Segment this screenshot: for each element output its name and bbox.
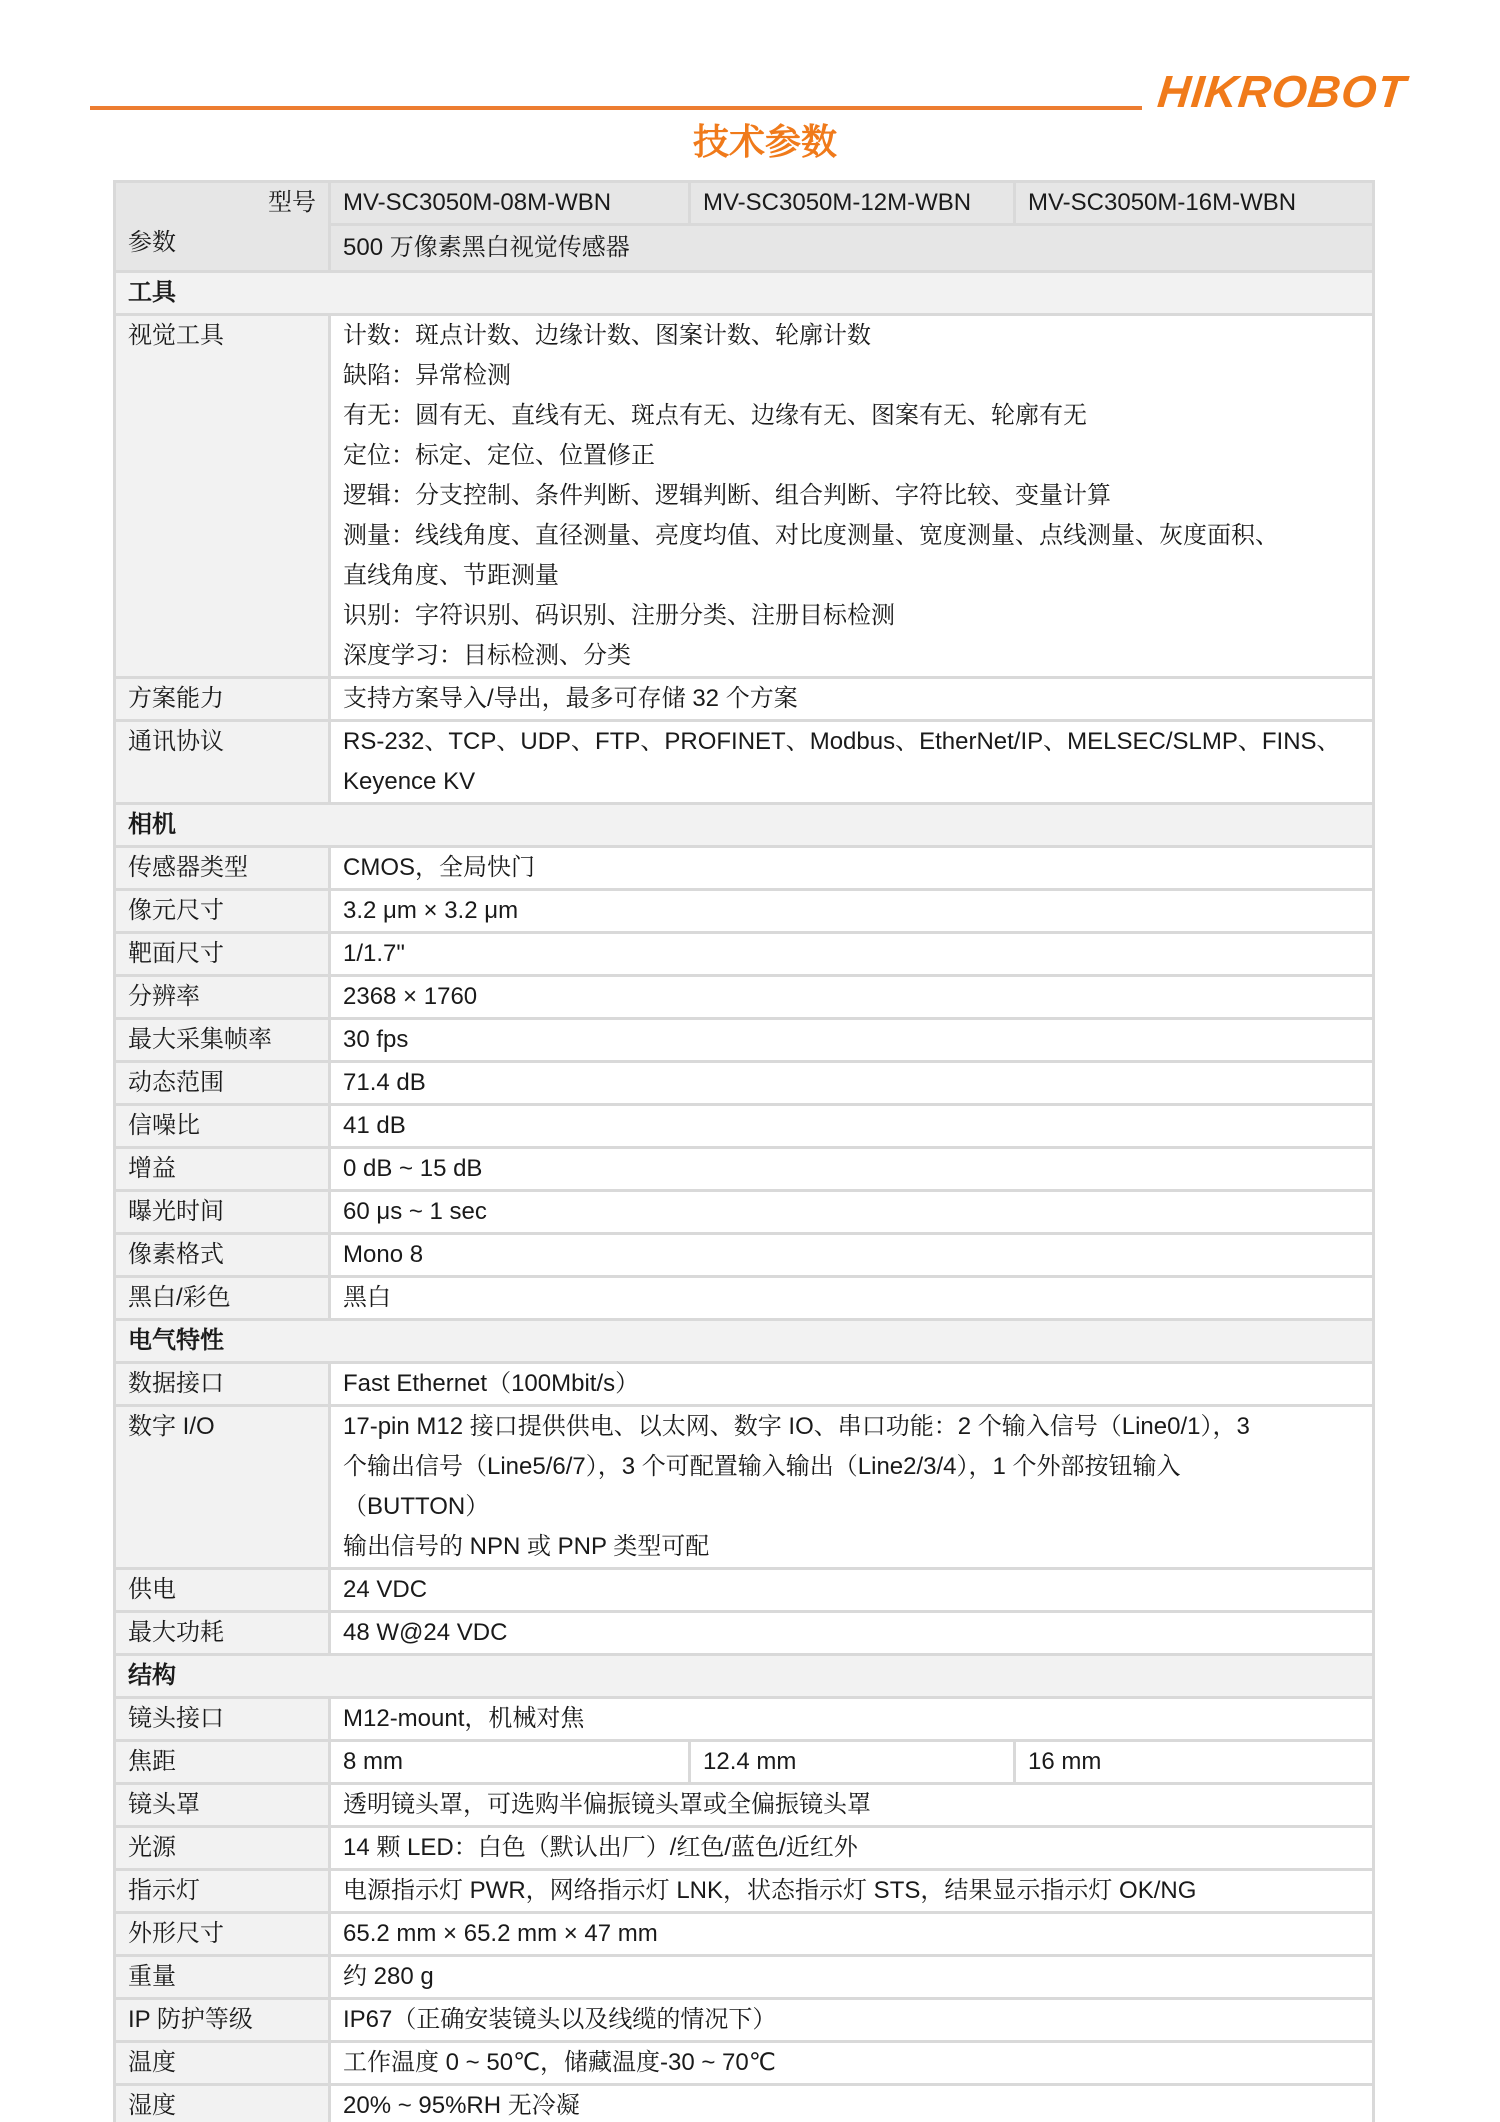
spec-value: 0 dB ~ 15 dB (330, 1148, 1374, 1191)
spec-label: 方案能力 (115, 678, 330, 721)
section-row-electrical: 电气特性 (115, 1320, 1374, 1363)
spec-row: IP 防护等级 IP67（正确安装镜头以及线缆的情况下） (115, 1999, 1374, 2042)
section-title: 结构 (115, 1655, 1374, 1698)
spec-row: 湿度 20% ~ 95%RH 无冷凝 (115, 2085, 1374, 2122)
spec-row: 黑白/彩色 黑白 (115, 1277, 1374, 1320)
spec-value: 计数：斑点计数、边缘计数、图案计数、轮廓计数 缺陷：异常检测 有无：圆有无、直线… (330, 315, 1374, 678)
spec-row: 最大采集帧率 30 fps (115, 1019, 1374, 1062)
model-header-row: 型号 参数 MV-SC3050M-08M-WBN MV-SC3050M-12M-… (115, 182, 1374, 225)
product-description: 500 万像素黑白视觉传感器 (330, 225, 1374, 272)
spec-value: 14 颗 LED：白色（默认出厂）/红色/蓝色/近红外 (330, 1827, 1374, 1870)
spec-row: 镜头罩 透明镜头罩，可选购半偏振镜头罩或全偏振镜头罩 (115, 1784, 1374, 1827)
spec-value-line: 深度学习：目标检测、分类 (343, 636, 1360, 676)
spec-row: 外形尺寸 65.2 mm × 65.2 mm × 47 mm (115, 1913, 1374, 1956)
spec-row: 镜头接口 M12-mount，机械对焦 (115, 1698, 1374, 1741)
spec-value: 3.2 μm × 3.2 μm (330, 890, 1374, 933)
corner-param-label: 参数 (128, 223, 316, 267)
spec-row: 增益 0 dB ~ 15 dB (115, 1148, 1374, 1191)
brand-logo: HIKROBOT (1155, 68, 1440, 116)
spec-value: 8 mm (330, 1741, 690, 1784)
spec-table: 型号 参数 MV-SC3050M-08M-WBN MV-SC3050M-12M-… (113, 180, 1375, 2122)
spec-value: Mono 8 (330, 1234, 1374, 1277)
spec-label: 最大采集帧率 (115, 1019, 330, 1062)
spec-label: 供电 (115, 1569, 330, 1612)
spec-value: 17-pin M12 接口提供供电、以太网、数字 IO、串口功能：2 个输入信号… (330, 1406, 1374, 1569)
spec-value-line: 计数：斑点计数、边缘计数、图案计数、轮廓计数 (343, 316, 1360, 356)
spec-label: 数字 I/O (115, 1406, 330, 1569)
model-name: MV-SC3050M-08M-WBN (330, 182, 690, 225)
spec-label: 光源 (115, 1827, 330, 1870)
spec-label: 靶面尺寸 (115, 933, 330, 976)
model-name: MV-SC3050M-16M-WBN (1015, 182, 1374, 225)
spec-label: 镜头罩 (115, 1784, 330, 1827)
spec-value-line: 17-pin M12 接口提供供电、以太网、数字 IO、串口功能：2 个输入信号… (343, 1407, 1360, 1447)
spec-label: 增益 (115, 1148, 330, 1191)
spec-row: 传感器类型 CMOS，全局快门 (115, 847, 1374, 890)
spec-value: 20% ~ 95%RH 无冷凝 (330, 2085, 1374, 2122)
spec-value: M12-mount，机械对焦 (330, 1698, 1374, 1741)
spec-value-line: 直线角度、节距测量 (343, 556, 1360, 596)
spec-row: 数据接口 Fast Ethernet（100Mbit/s） (115, 1363, 1374, 1406)
spec-value: 60 μs ~ 1 sec (330, 1191, 1374, 1234)
spec-row: 指示灯 电源指示灯 PWR，网络指示灯 LNK，状态指示灯 STS，结果显示指示… (115, 1870, 1374, 1913)
spec-value-line: （BUTTON） (343, 1487, 1360, 1527)
spec-label: 焦距 (115, 1741, 330, 1784)
spec-row: 信噪比 41 dB (115, 1105, 1374, 1148)
section-row-structure: 结构 (115, 1655, 1374, 1698)
spec-row: 视觉工具 计数：斑点计数、边缘计数、图案计数、轮廓计数 缺陷：异常检测 有无：圆… (115, 315, 1374, 678)
spec-value: 黑白 (330, 1277, 1374, 1320)
spec-value: 48 W@24 VDC (330, 1612, 1374, 1655)
spec-value-line: 逻辑：分支控制、条件判断、逻辑判断、组合判断、字符比较、变量计算 (343, 476, 1360, 516)
section-row-tools: 工具 (115, 272, 1374, 315)
spec-label: 信噪比 (115, 1105, 330, 1148)
spec-label: 重量 (115, 1956, 330, 1999)
section-row-camera: 相机 (115, 804, 1374, 847)
spec-label: 外形尺寸 (115, 1913, 330, 1956)
spec-value-line: Keyence KV (343, 762, 1360, 802)
page-title: 技术参数 (0, 118, 1500, 168)
spec-value: 约 280 g (330, 1956, 1374, 1999)
spec-value-line: 输出信号的 NPN 或 PNP 类型可配 (343, 1527, 1360, 1567)
spec-label: 动态范围 (115, 1062, 330, 1105)
spec-value: CMOS，全局快门 (330, 847, 1374, 890)
spec-row: 供电 24 VDC (115, 1569, 1374, 1612)
spec-row: 曝光时间 60 μs ~ 1 sec (115, 1191, 1374, 1234)
spec-label: 分辨率 (115, 976, 330, 1019)
spec-row: 像素格式 Mono 8 (115, 1234, 1374, 1277)
spec-value: Fast Ethernet（100Mbit/s） (330, 1363, 1374, 1406)
spec-row: 数字 I/O 17-pin M12 接口提供供电、以太网、数字 IO、串口功能：… (115, 1406, 1374, 1569)
spec-row: 像元尺寸 3.2 μm × 3.2 μm (115, 890, 1374, 933)
spec-row: 动态范围 71.4 dB (115, 1062, 1374, 1105)
spec-value: 1/1.7" (330, 933, 1374, 976)
spec-value-line: 测量：线线角度、直径测量、亮度均值、对比度测量、宽度测量、点线测量、灰度面积、 (343, 516, 1360, 556)
spec-value: 24 VDC (330, 1569, 1374, 1612)
spec-value-line: 识别：字符识别、码识别、注册分类、注册目标检测 (343, 596, 1360, 636)
spec-value-line: 个输出信号（Line5/6/7），3 个可配置输入输出（Line2/3/4），1… (343, 1447, 1360, 1487)
spec-label: 指示灯 (115, 1870, 330, 1913)
spec-row: 通讯协议 RS-232、TCP、UDP、FTP、PROFINET、Modbus、… (115, 721, 1374, 804)
model-name: MV-SC3050M-12M-WBN (690, 182, 1015, 225)
spec-label: 湿度 (115, 2085, 330, 2122)
spec-value-line: RS-232、TCP、UDP、FTP、PROFINET、Modbus、Ether… (343, 722, 1360, 762)
corner-cell: 型号 参数 (115, 182, 330, 272)
spec-value: RS-232、TCP、UDP、FTP、PROFINET、Modbus、Ether… (330, 721, 1374, 804)
spec-label: 数据接口 (115, 1363, 330, 1406)
spec-row: 方案能力 支持方案导入/导出，最多可存储 32 个方案 (115, 678, 1374, 721)
corner-model-label: 型号 (128, 183, 316, 223)
spec-value-line: 有无：圆有无、直线有无、斑点有无、边缘有无、图案有无、轮廓有无 (343, 396, 1360, 436)
spec-row: 最大功耗 48 W@24 VDC (115, 1612, 1374, 1655)
spec-value: 2368 × 1760 (330, 976, 1374, 1019)
spec-row: 靶面尺寸 1/1.7" (115, 933, 1374, 976)
spec-label: 通讯协议 (115, 721, 330, 804)
spec-label: 温度 (115, 2042, 330, 2085)
spec-row-focal-length: 焦距 8 mm 12.4 mm 16 mm (115, 1741, 1374, 1784)
spec-value: 41 dB (330, 1105, 1374, 1148)
section-title: 相机 (115, 804, 1374, 847)
spec-value: 65.2 mm × 65.2 mm × 47 mm (330, 1913, 1374, 1956)
spec-row: 光源 14 颗 LED：白色（默认出厂）/红色/蓝色/近红外 (115, 1827, 1374, 1870)
spec-row: 温度 工作温度 0 ~ 50℃，储藏温度-30 ~ 70℃ (115, 2042, 1374, 2085)
spec-value: 12.4 mm (690, 1741, 1015, 1784)
spec-value: IP67（正确安装镜头以及线缆的情况下） (330, 1999, 1374, 2042)
spec-value: 电源指示灯 PWR，网络指示灯 LNK，状态指示灯 STS，结果显示指示灯 OK… (330, 1870, 1374, 1913)
spec-value: 透明镜头罩，可选购半偏振镜头罩或全偏振镜头罩 (330, 1784, 1374, 1827)
spec-value: 30 fps (330, 1019, 1374, 1062)
spec-label: 镜头接口 (115, 1698, 330, 1741)
section-title: 电气特性 (115, 1320, 1374, 1363)
spec-value-line: 定位：标定、定位、位置修正 (343, 436, 1360, 476)
header-rule (90, 106, 1142, 110)
spec-label: 黑白/彩色 (115, 1277, 330, 1320)
spec-row: 分辨率 2368 × 1760 (115, 976, 1374, 1019)
spec-label: 视觉工具 (115, 315, 330, 678)
spec-value: 支持方案导入/导出，最多可存储 32 个方案 (330, 678, 1374, 721)
spec-label: IP 防护等级 (115, 1999, 330, 2042)
spec-value: 16 mm (1015, 1741, 1374, 1784)
spec-row: 重量 约 280 g (115, 1956, 1374, 1999)
spec-value: 71.4 dB (330, 1062, 1374, 1105)
spec-label: 最大功耗 (115, 1612, 330, 1655)
spec-label: 像元尺寸 (115, 890, 330, 933)
spec-label: 传感器类型 (115, 847, 330, 890)
spec-label: 曝光时间 (115, 1191, 330, 1234)
section-title: 工具 (115, 272, 1374, 315)
spec-label: 像素格式 (115, 1234, 330, 1277)
spec-value: 工作温度 0 ~ 50℃，储藏温度-30 ~ 70℃ (330, 2042, 1374, 2085)
spec-value-line: 缺陷：异常检测 (343, 356, 1360, 396)
